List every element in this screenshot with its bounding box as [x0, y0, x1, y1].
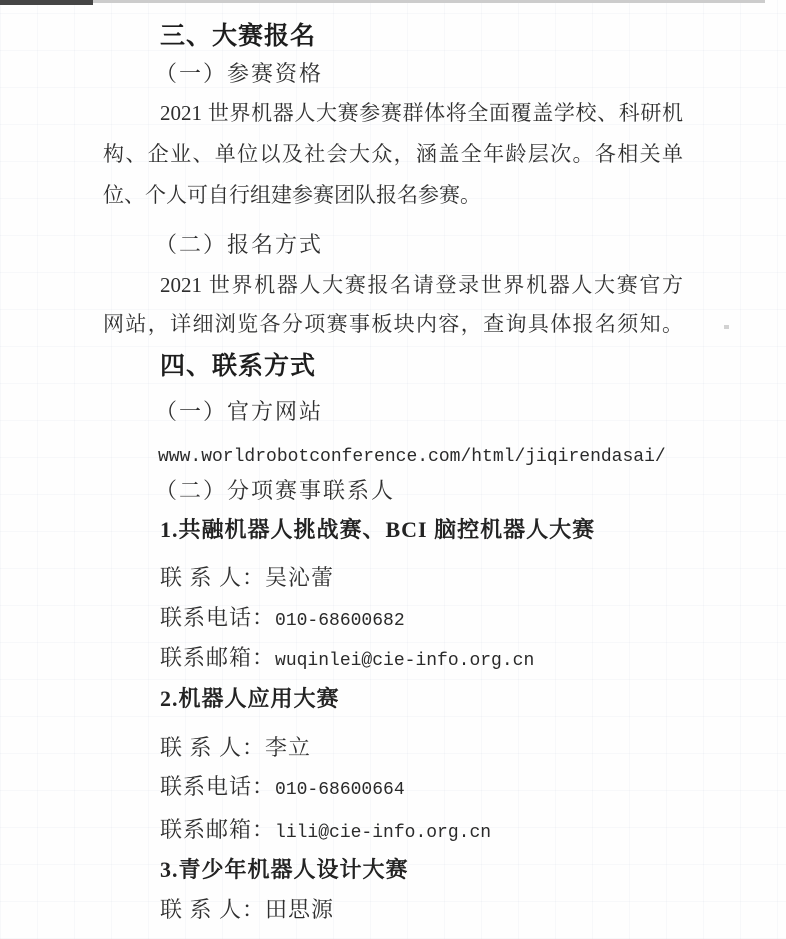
section-heading-contact: 四、联系方式: [103, 352, 683, 380]
contact-person-line: 联 系 人：吴沁蕾: [103, 564, 683, 592]
sub-heading-event-contacts: （二）分项赛事联系人: [103, 477, 735, 505]
official-website-url: www.worldrobotconference.com/html/jiqire…: [103, 440, 683, 471]
contact-email-line: 联系邮箱：lili@cie-info.org.cn: [103, 816, 683, 847]
contact-email-label: 联系邮箱：: [160, 817, 275, 842]
paragraph-line: 2021 世界机器人大赛参赛群体将全面覆盖学校、科研机: [103, 99, 683, 129]
scan-speck-artifact: [724, 325, 729, 329]
contact-email-address: wuqinlei@cie-info.org.cn: [275, 651, 534, 671]
contact-person-name: 李立: [265, 735, 311, 760]
sub-heading-registration-method: （二）报名方式: [103, 231, 735, 259]
scan-edge-dark-artifact: [0, 0, 93, 5]
url-text: www.worldrobotconference.com/html/jiqire…: [158, 447, 666, 467]
sub-heading-official-website: （一）官方网站: [103, 398, 735, 426]
contact-phone-line: 联系电话：010-68600664: [103, 773, 683, 804]
contact-event-title: 1.共融机器人挑战赛、BCI 脑控机器人大赛: [103, 516, 683, 544]
paragraph-line: 2021 世界机器人大赛报名请登录世界机器人大赛官方: [103, 271, 683, 301]
contact-person-line: 联 系 人：田思源: [103, 896, 683, 924]
contact-person-name: 田思源: [265, 897, 334, 922]
contact-phone-label: 联系电话：: [160, 774, 275, 799]
contact-phone-line: 联系电话：010-68600682: [103, 604, 683, 635]
contact-email-label: 联系邮箱：: [160, 645, 275, 670]
document-page: { "document": { "section3": { "heading":…: [0, 0, 786, 939]
section-heading-registration: 三、大赛报名: [103, 22, 683, 50]
contact-person-label: 联 系 人：: [160, 565, 265, 590]
contact-phone-number: 010-68600682: [275, 611, 405, 631]
contact-person-name: 吴沁蕾: [265, 565, 334, 590]
contact-event-title: 3.青少年机器人设计大赛: [103, 856, 683, 884]
sub-heading-eligibility: （一）参赛资格: [103, 60, 735, 88]
paragraph-line: 网站，详细浏览各分项赛事板块内容，查询具体报名须知。: [103, 310, 683, 340]
contact-event-title: 2.机器人应用大赛: [103, 685, 683, 713]
contact-person-label: 联 系 人：: [160, 897, 265, 922]
contact-email-address: lili@cie-info.org.cn: [275, 823, 491, 843]
scan-edge-light-artifact: [93, 0, 765, 3]
paragraph-line: 位、个人可自行组建参赛团队报名参赛。: [103, 181, 683, 211]
contact-phone-label: 联系电话：: [160, 605, 275, 630]
contact-person-label: 联 系 人：: [160, 735, 265, 760]
contact-phone-number: 010-68600664: [275, 780, 405, 800]
paragraph-line: 构、企业、单位以及社会大众，涵盖全年龄层次。各相关单: [103, 140, 683, 170]
contact-person-line: 联 系 人：李立: [103, 734, 683, 762]
contact-email-line: 联系邮箱：wuqinlei@cie-info.org.cn: [103, 644, 683, 675]
